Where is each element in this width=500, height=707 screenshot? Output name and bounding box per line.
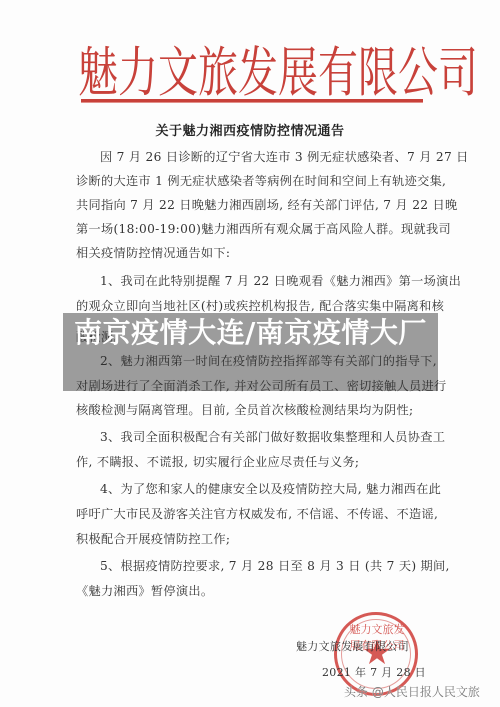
body-line: 4、为了您和家人的健康安全以及疫情防控大局, 魅力湘西在此 xyxy=(76,482,426,496)
body-line: 核酸检测与隔离管理。目前, 全员首次核酸检测结果均为阴性; xyxy=(76,403,426,417)
caption-overlay-text: 南京疫情大连/南京疫情大厂 xyxy=(63,318,438,348)
body-line: 1、我司在此特别提醒 7 月 22 日晚观看《魅力湘西》第一场演出 xyxy=(76,274,426,288)
body-line: 因 7 月 26 日诊断的辽宁省大连市 3 例无症状感染者、7 月 27 日 xyxy=(76,150,426,164)
letterhead-company-name: 魅 力 文 旅 发 展 有 限 公 司 xyxy=(78,30,423,106)
body-line: 《魅力湘西》暂停演出。 xyxy=(76,584,426,598)
body-line: 相关疫情防控情况通告如下: xyxy=(76,246,426,260)
letterhead-char: 力 xyxy=(118,29,158,106)
letterhead-char: 文 xyxy=(158,29,198,106)
body-line: 的观众立即向当地社区(村)或疾控机构报告, 配合落实集中隔离和核 xyxy=(76,299,426,313)
document-page: 魅 力 文 旅 发 展 有 限 公 司 关于魅力湘西疫情防控情况通告 因 7 月… xyxy=(0,0,500,707)
notice-title: 关于魅力湘西疫情防控情况通告 xyxy=(0,120,500,139)
body-line: 诊断的大连市 1 例无症状感染者等病例在时间和空间上有轨迹交集, xyxy=(76,174,426,188)
letterhead-char: 发 xyxy=(238,29,278,106)
source-watermark: 头条 @人民日报人民文旅 xyxy=(344,683,480,700)
body-line: 对剧场进行了全面消杀工作, 并对公司所有员工、密切接触人员进行 xyxy=(76,377,447,394)
letterhead-char: 公 xyxy=(398,29,438,106)
letterhead-char: 限 xyxy=(358,29,398,106)
body-line: 呼吁广大市民及游客关注官方权威发布, 不信谣、不传谣、不造谣, xyxy=(76,507,426,521)
letterhead-red-rule xyxy=(81,99,423,103)
letterhead-char: 魅 xyxy=(78,29,118,106)
body-line: 2、魅力湘西第一时间在疫情防控指挥部等有关部门的指导下, xyxy=(76,352,437,369)
signature-date: 2021 年 7 月 28 日 xyxy=(322,664,426,680)
letterhead-char: 有 xyxy=(318,29,358,106)
body-line: 积极配合开展疫情防控工作; xyxy=(76,532,426,546)
letterhead-char: 司 xyxy=(438,29,478,106)
body-line: 作, 不瞒报、不谎报, 切实履行企业应尽责任与义务; xyxy=(76,455,426,469)
signature-company: 魅力文旅发展有限公司 xyxy=(296,638,409,654)
body-line: 第一场(18:00-19:00)魅力湘西所有观众属于高风险人群。现就我司 xyxy=(76,222,426,236)
body-line: 3、我司全面积极配合有关部门做好数据收集整理和人员协查工 xyxy=(76,430,426,444)
body-line: 共同指向 7 月 22 日晚魅力湘西剧场, 经有关部门评估, 7 月 22 日晚 xyxy=(76,198,426,212)
letterhead-char: 展 xyxy=(278,29,318,106)
body-line: 5、根据疫情防控要求, 7 月 28 日至 8 月 3 日 (共 7 天) 期间… xyxy=(76,559,426,573)
letterhead-char: 旅 xyxy=(198,29,238,106)
